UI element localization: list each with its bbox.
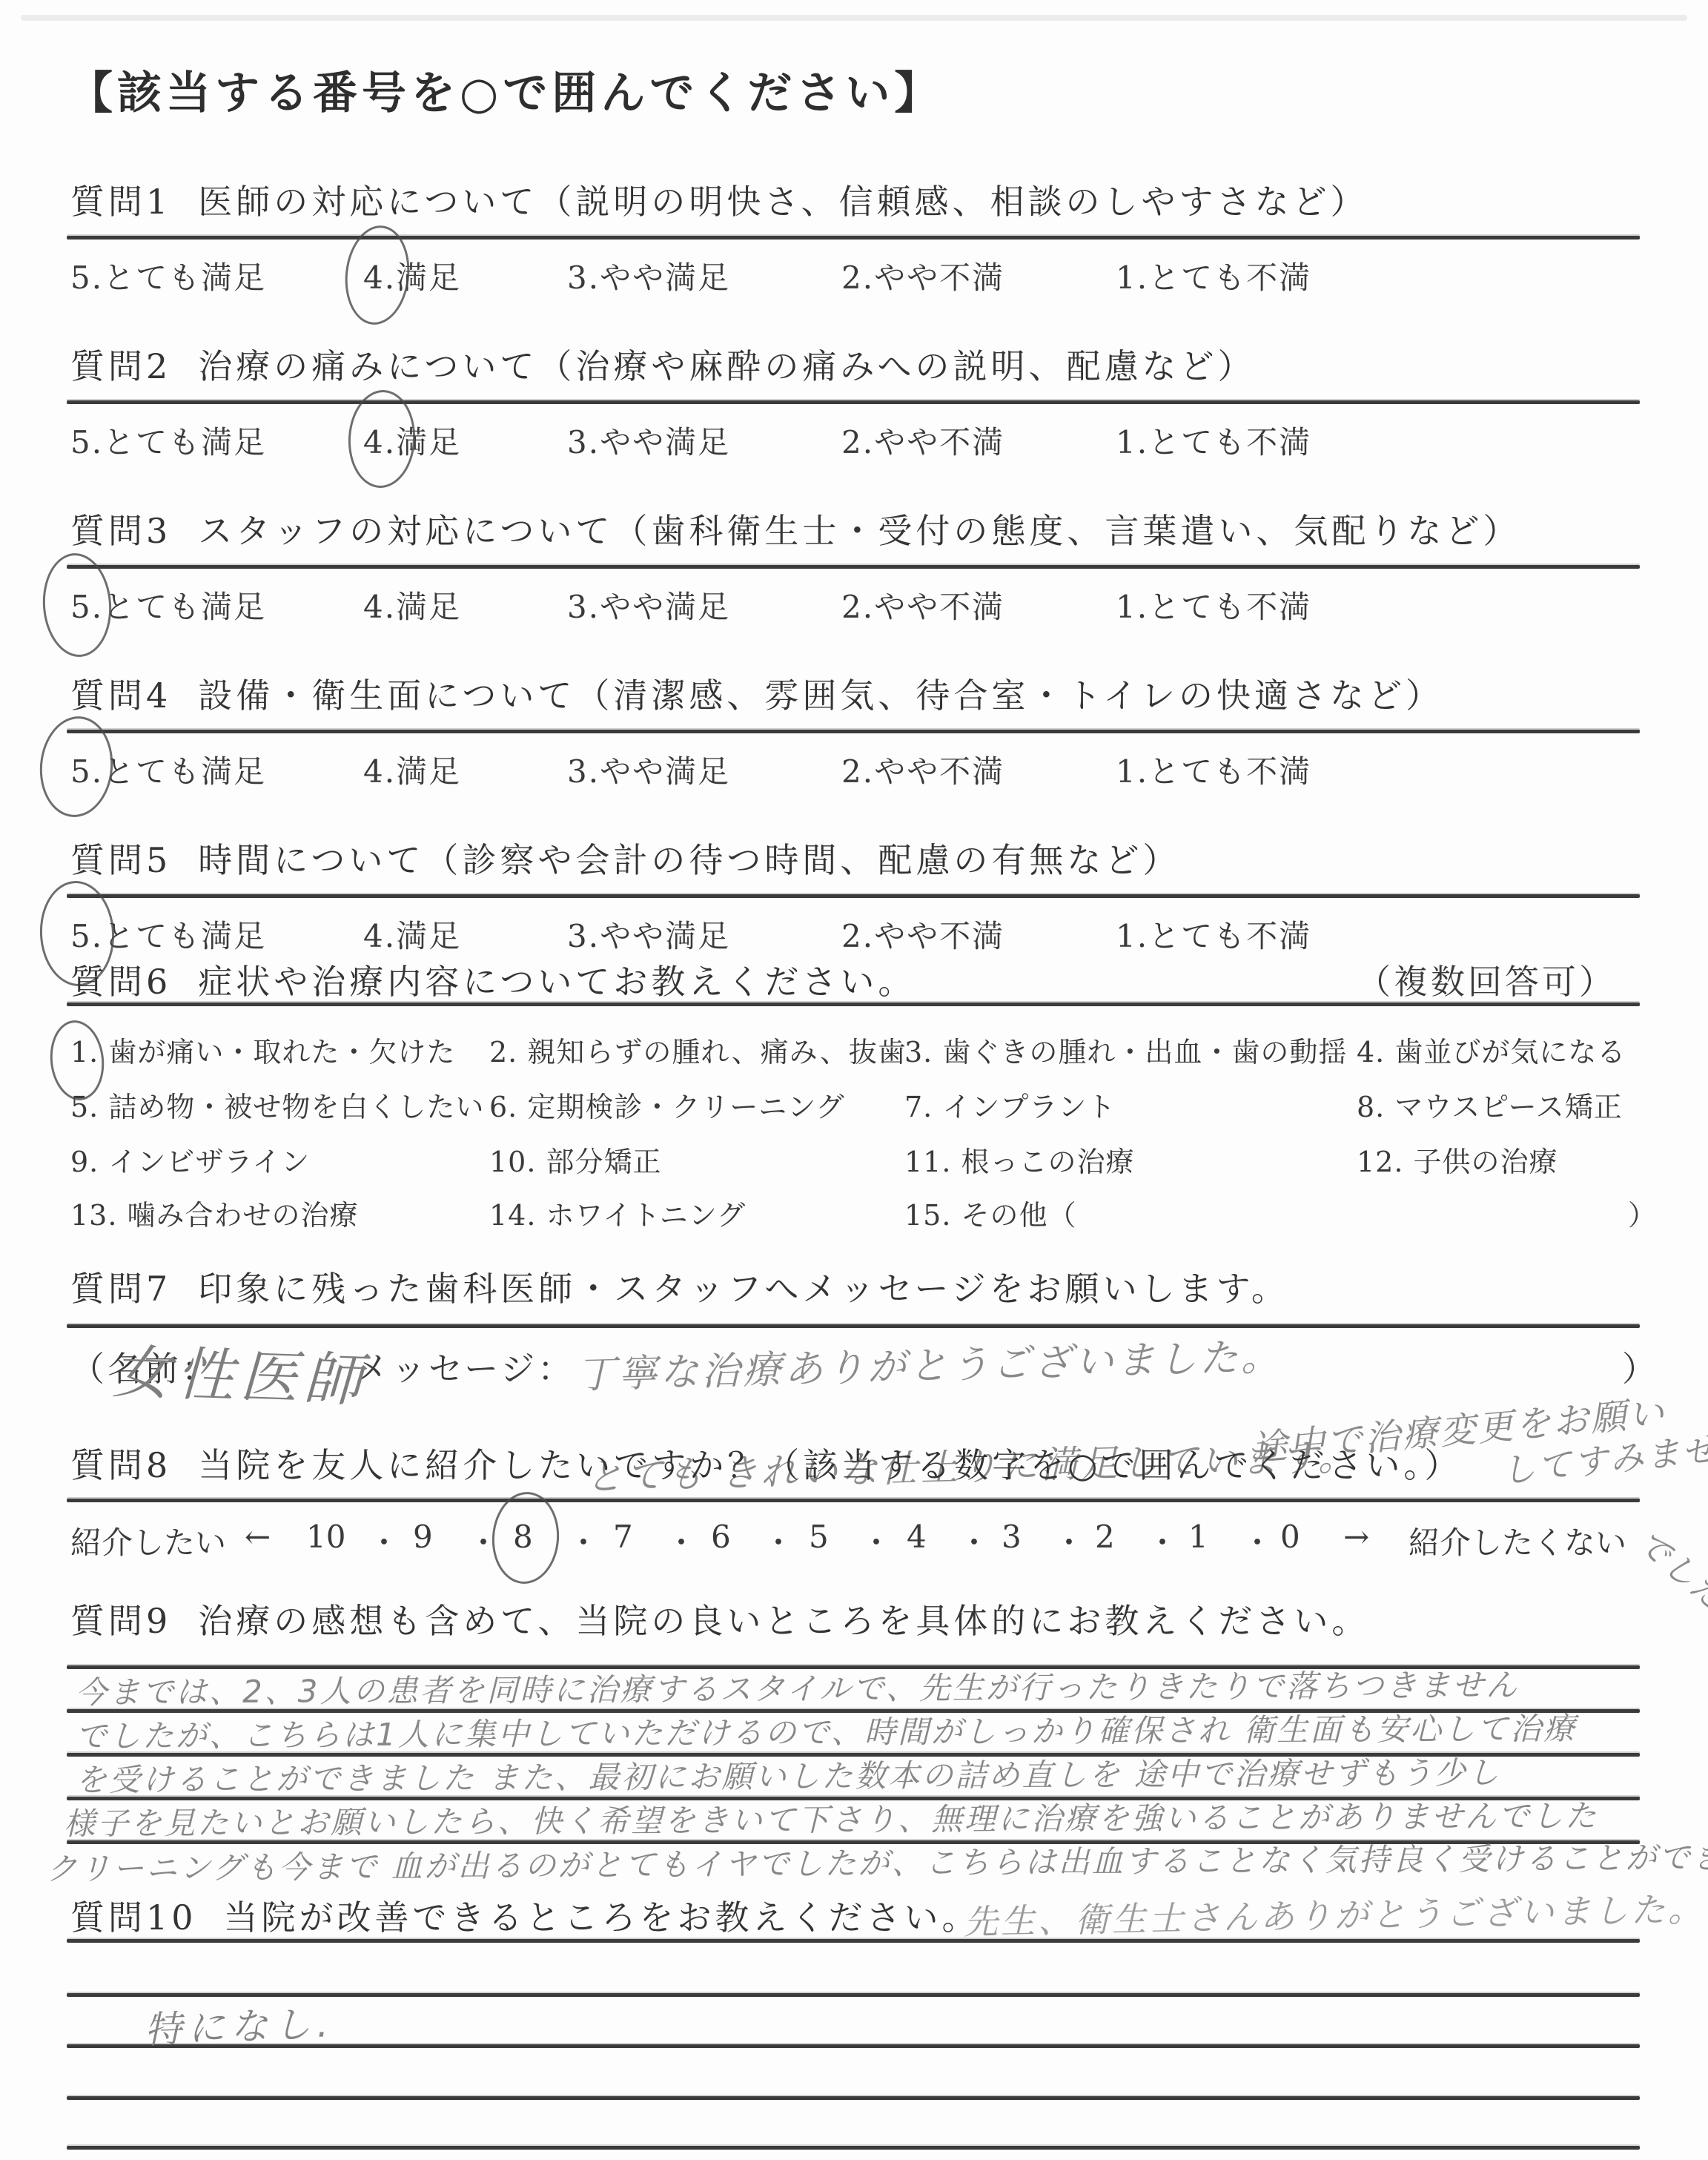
question-2-text: 治療の痛みについて（治療や麻酔の痛みへの説明、配慮など） [198, 346, 1255, 386]
symptom-option: 6. 定期検診・クリーニング [489, 1084, 845, 1125]
question-5-options: 5.とても満足 4.満足 3.やや満足 2.やや不満 1.とても不満 [70, 912, 1649, 960]
nps-number: 9 [413, 1519, 433, 1555]
question-4-rule [67, 730, 1640, 733]
nps-dot: ・ [666, 1519, 697, 1563]
symptom-option-close-paren: ） [1628, 1192, 1657, 1233]
symptom-option: 10. 部分矯正 [489, 1139, 662, 1180]
rating-option: 3.やや満足 [567, 747, 730, 792]
rating-option: 4.満足 [363, 747, 461, 792]
question-8-rule [67, 1499, 1640, 1502]
symptom-option: 7. インプラント [904, 1084, 1116, 1125]
question-1-text: 医師の対応について（説明の明快さ、信頼感、相談のしやすさなど） [198, 182, 1368, 222]
scan-artifact-line [21, 15, 1687, 21]
nps-number: 6 [711, 1519, 731, 1555]
rating-option: 1.とても不満 [1116, 912, 1311, 957]
symptom-option: 8. マウスピース矯正 [1357, 1084, 1623, 1125]
right-arrow-icon: → [1343, 1519, 1369, 1555]
nps-right-label: 紹介したくない [1409, 1519, 1626, 1563]
symptom-option: 4. 歯並びが気になる [1357, 1029, 1626, 1070]
rating-option: 2.やや不満 [841, 418, 1004, 463]
symptom-option: 12. 子供の治療 [1357, 1139, 1558, 1180]
scanned-survey-form: 【該当する番号を○で囲んでください】 質問1医師の対応について（説明の明快さ、信… [0, 0, 1708, 2160]
symptom-option: 13. 噛み合わせの治療 [70, 1192, 359, 1233]
rating-option: 4.満足 [363, 912, 461, 957]
answer-rule [67, 2096, 1640, 2100]
message-close-paren: ） [1622, 1342, 1659, 1391]
question-1-heading: 質問1医師の対応について（説明の明快さ、信頼感、相談のしやすさなど） [70, 175, 1368, 224]
question-2-options: 5.とても満足 4.満足 3.やや満足 2.やや不満 1.とても不満 [70, 418, 1649, 466]
nps-number: 2 [1095, 1519, 1115, 1555]
rating-option: 1.とても不満 [1116, 747, 1311, 792]
question-7-rule [67, 1324, 1640, 1328]
question-7-heading: 質問7印象に残った歯科医師・スタッフへメッセージをお願いします。 [70, 1262, 1289, 1311]
nps-number: 4 [907, 1519, 927, 1555]
question-3-options: 5.とても満足 4.満足 3.やや満足 2.やや不満 1.とても不満 [70, 583, 1649, 630]
nps-left-label: 紹介したい [70, 1519, 226, 1563]
question-10-heading: 質問10当院が改善できるところをお教えください。 [70, 1891, 980, 1940]
question-1-options: 5.とても満足 4.満足 3.やや満足 2.やや不満 1.とても不満 [70, 254, 1649, 301]
nps-dot: ・ [861, 1519, 892, 1563]
rating-option: 3.やや満足 [567, 254, 730, 298]
question-4-label: 質問4 [70, 669, 171, 718]
rating-option: 2.やや不満 [841, 912, 1004, 957]
question-5-label: 質問5 [70, 833, 171, 882]
question-8-heading: 質問8当院を友人に紹介したいですか？（該当する数字を○で囲んでください。） [70, 1439, 1462, 1487]
nps-number: 5 [809, 1519, 829, 1555]
rating-option: 3.やや満足 [567, 912, 730, 957]
question-9-text: 治療の感想も含めて、当院の良いところを具体的にお教えください。 [198, 1601, 1369, 1641]
rating-option: 1.とても不満 [1116, 418, 1311, 463]
symptom-option: 3. 歯ぐきの腫れ・出血・歯の動揺 [904, 1029, 1347, 1070]
question-4-heading: 質問4設備・衛生面について（清潔感、雰囲気、待合室・トイレの快適さなど） [70, 669, 1443, 718]
nps-number: 0 [1280, 1519, 1300, 1555]
question-2-label: 質問2 [70, 340, 171, 389]
question-3-label: 質問3 [70, 504, 171, 553]
nps-dot: ・ [959, 1519, 990, 1563]
question-7-text: 印象に残った歯科医師・スタッフへメッセージをお願いします。 [198, 1269, 1289, 1309]
nps-dot: ・ [568, 1519, 599, 1563]
question-4-text: 設備・衛生面について（清潔感、雰囲気、待合室・トイレの快適さなど） [198, 676, 1443, 716]
question-4-options: 5.とても満足 4.満足 3.やや満足 2.やや不満 1.とても不満 [70, 747, 1649, 795]
nps-dot: ・ [1242, 1519, 1273, 1563]
nps-number: 7 [613, 1519, 633, 1555]
rating-option: 2.やや不満 [841, 747, 1004, 792]
rating-option: 1.とても不満 [1116, 254, 1311, 298]
question-10-rule [67, 1939, 1640, 1943]
symptom-option: 15. その他（ [904, 1192, 1077, 1233]
question-6-label: 質問6 [70, 955, 171, 1004]
nps-dot: ・ [763, 1519, 794, 1563]
handwritten-answer-q10: 特になし. [144, 1994, 335, 2054]
question-6-heading: 質問6症状や治療内容についてお教えください。 [70, 955, 916, 1004]
nps-number: 3 [1002, 1519, 1022, 1555]
question-8-label: 質問8 [70, 1439, 171, 1487]
rating-option: 1.とても不満 [1116, 583, 1311, 627]
symptom-option: 14. ホワイトニング [489, 1192, 746, 1233]
rating-option: 3.やや満足 [567, 418, 730, 463]
question-3-heading: 質問3スタッフの対応について（歯科衛生士・受付の態度、言葉遣い、気配りなど） [70, 504, 1520, 553]
handwritten-message-overflow-2: でした [1629, 1516, 1708, 1619]
form-title: 【該当する番号を○で囲んでください】 [68, 58, 943, 122]
handwritten-message-line-1: 丁寧な治療ありがとうございました。 [576, 1325, 1283, 1399]
question-10-text: 当院が改善できるところをお教えください。 [224, 1898, 980, 1938]
question-10-label: 質問10 [70, 1891, 197, 1940]
question-5-heading: 質問5時間について（診察や会計の待つ時間、配慮の有無など） [70, 833, 1180, 882]
rating-option: 3.やや満足 [567, 583, 730, 627]
handwritten-thanks-note: 先生、衛生士さんありがとうございました。 [963, 1883, 1705, 1944]
question-6-text: 症状や治療内容についてお教えください。 [198, 962, 916, 1002]
answer-rule [67, 2146, 1640, 2150]
circle-annotation-q8 [489, 1490, 562, 1586]
nps-dot: ・ [1147, 1519, 1178, 1563]
question-3-text: スタッフの対応について（歯科衛生士・受付の態度、言葉遣い、気配りなど） [198, 511, 1520, 551]
question-1-label: 質問1 [70, 175, 171, 224]
rating-option: 4.満足 [363, 583, 461, 627]
question-5-rule [67, 894, 1640, 898]
rating-option: 2.やや不満 [841, 254, 1004, 298]
nps-number: 10 [306, 1519, 345, 1555]
question-2-rule [67, 400, 1640, 404]
question-6-rule [67, 1003, 1640, 1006]
message-field-label: メッセージ： [354, 1342, 575, 1391]
nps-dot: ・ [1053, 1519, 1085, 1563]
symptom-option: 9. インビザライン [70, 1139, 310, 1180]
rating-option: 2.やや不満 [841, 583, 1004, 627]
handwritten-name: 女性医師 [111, 1326, 369, 1418]
rating-option: 5.とても満足 [70, 418, 266, 463]
nps-dot: ・ [368, 1519, 400, 1563]
question-2-heading: 質問2治療の痛みについて（治療や麻酔の痛みへの説明、配慮など） [70, 340, 1255, 389]
question-1-rule [67, 236, 1640, 240]
nps-number: 1 [1188, 1519, 1208, 1555]
symptom-option: 5. 詰め物・被せ物を白くしたい [70, 1084, 484, 1125]
symptom-option: 11. 根っこの治療 [904, 1139, 1135, 1180]
question-9-label: 質問9 [70, 1594, 171, 1643]
question-8-text: 当院を友人に紹介したいですか？（該当する数字を○で囲んでください。） [198, 1445, 1462, 1485]
symptom-option: 2. 親知らずの腫れ、痛み、抜歯 [489, 1029, 907, 1070]
question-3-rule [67, 565, 1640, 569]
question-7-label: 質問7 [70, 1262, 171, 1311]
left-arrow-icon: ← [245, 1519, 271, 1555]
question-9-heading: 質問9治療の感想も含めて、当院の良いところを具体的にお教えください。 [70, 1594, 1369, 1643]
question-5-text: 時間について（診察や会計の待つ時間、配慮の有無など） [198, 840, 1180, 880]
rating-option: 5.とても満足 [70, 254, 266, 298]
question-6-note: （複数回答可） [1357, 955, 1616, 1004]
symptom-option: 1. 歯が痛い・取れた・欠けた [70, 1029, 455, 1070]
